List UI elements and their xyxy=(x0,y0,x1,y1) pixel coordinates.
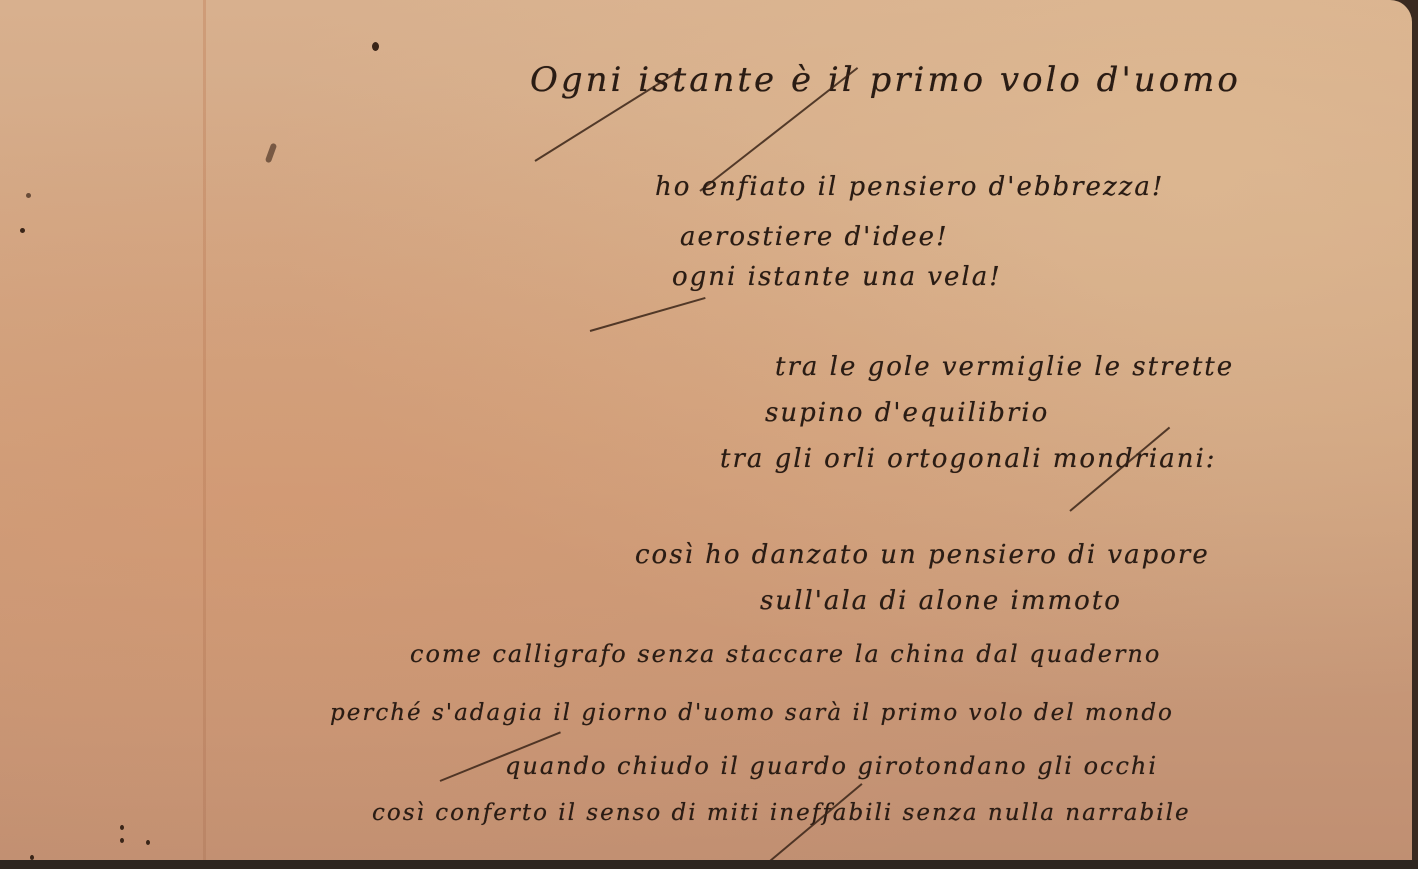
pen-stroke xyxy=(590,297,706,332)
table-surface xyxy=(0,860,1418,869)
ink-speck xyxy=(120,825,124,830)
poem-line: quando chiudo il guardo girotondano gli … xyxy=(505,752,1158,780)
poem-line: sull'ala di alone immoto xyxy=(760,586,1122,616)
poem-line: ogni istante una vela! xyxy=(672,262,1002,292)
poem-line: perché s'adagia il giorno d'uomo sarà il… xyxy=(330,700,1174,726)
poem-line: così ho danzato un pensiero di vapore xyxy=(635,540,1210,570)
ink-speck xyxy=(146,840,150,845)
ink-speck xyxy=(372,42,379,51)
ink-speck xyxy=(120,838,124,843)
poem-line: così conferto il senso di miti ineffabil… xyxy=(372,800,1191,826)
poem-line: aerostiere d'idee! xyxy=(680,222,949,252)
paper-fold xyxy=(203,0,206,862)
poem-title: Ogni istante è il primo volo d'uomo xyxy=(530,60,1241,100)
poem-line: ho enfiato il pensiero d'ebbrezza! xyxy=(655,172,1164,202)
paper-sheet: Ogni istante è il primo volo d'uomo ho e… xyxy=(0,0,1412,862)
ink-speck xyxy=(265,143,277,164)
ink-speck xyxy=(20,228,25,233)
poem-line: come calligrafo senza staccare la china … xyxy=(410,640,1161,668)
ink-speck xyxy=(26,193,31,198)
poem-line: tra le gole vermiglie le strette xyxy=(775,352,1234,382)
poem-line: supino d'equilibrio xyxy=(765,398,1049,428)
